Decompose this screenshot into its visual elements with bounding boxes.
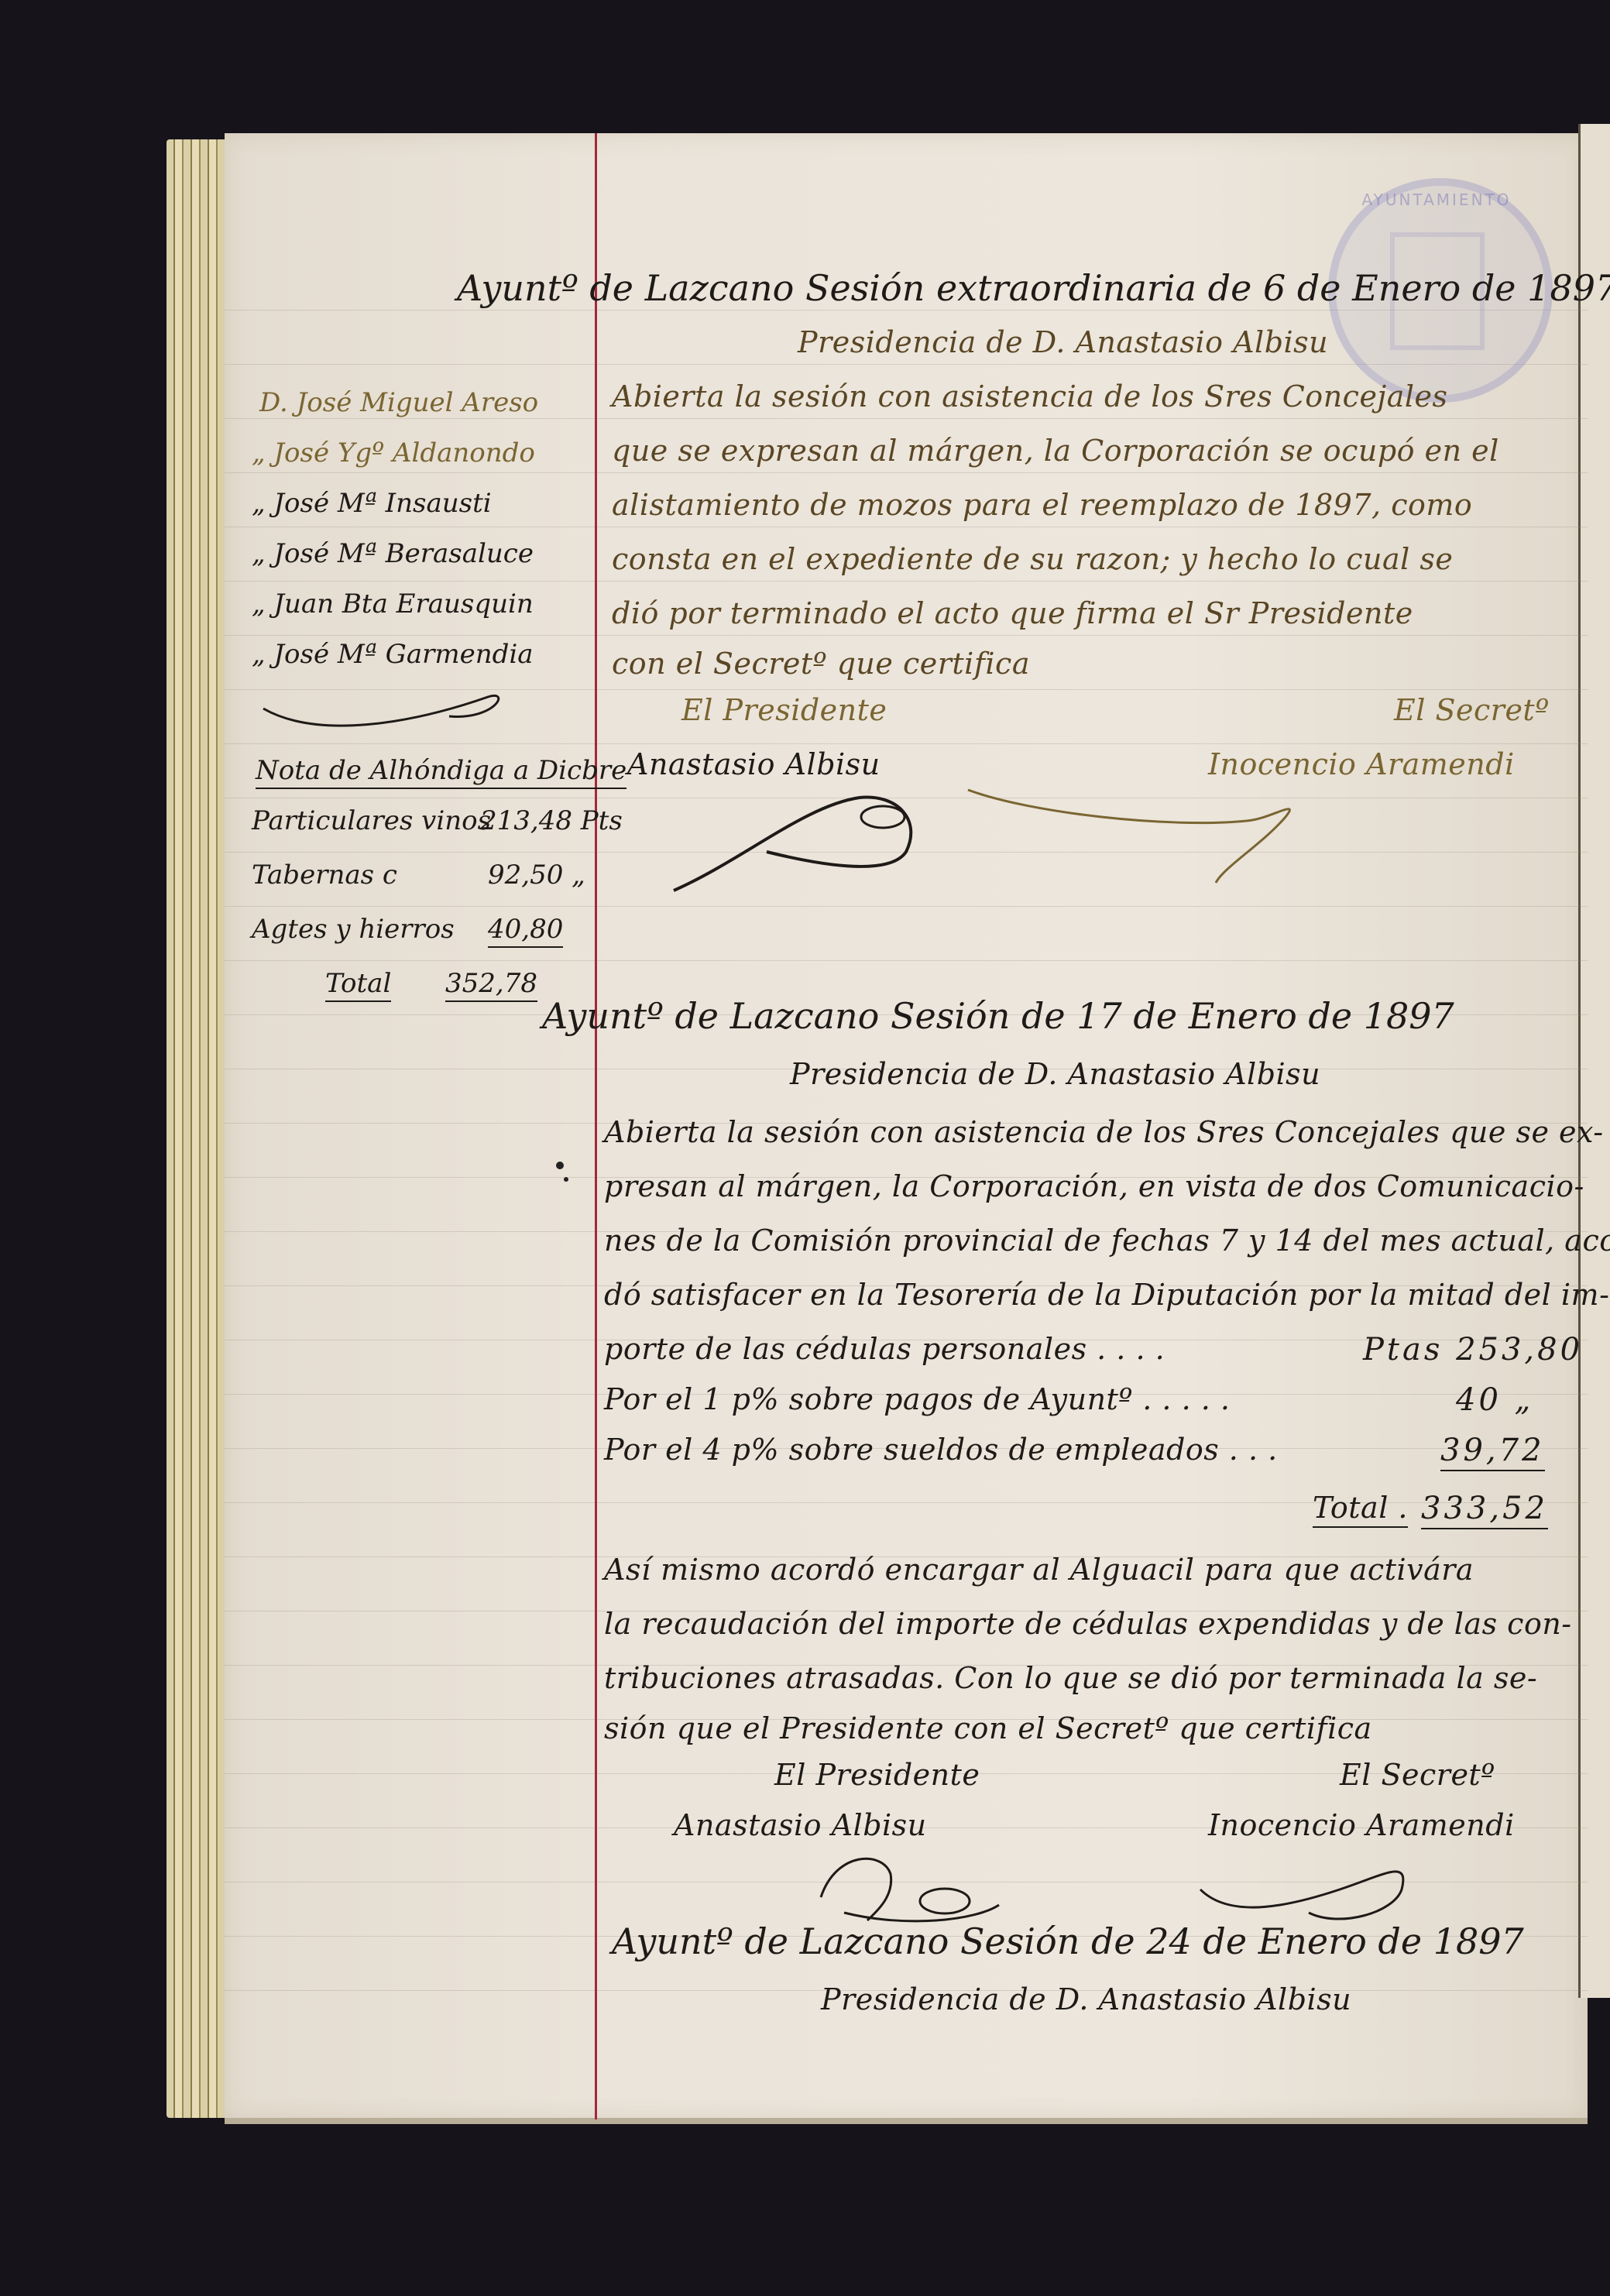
entry-3-heading: Ayuntº de Lazcano Sesión de 24 de Enero … — [612, 1920, 1524, 1962]
entry-1-president-title: El Presidente — [681, 693, 887, 727]
entry-2-after-line-4: sión que el Presidente con el Secretº qu… — [604, 1711, 1372, 1745]
entry-2-line-2: presan al márgen, la Corporación, en vis… — [604, 1169, 1584, 1203]
note-row-1-value: 213,48 Pts — [480, 805, 623, 836]
entry-1-line-5: dió por terminado el acto que firma el S… — [612, 596, 1413, 630]
red-margin-line — [595, 133, 597, 2119]
entry-2-item-3-value: 39,72 — [1440, 1433, 1545, 1471]
entry-1-signature-flourish-icon — [627, 774, 1603, 906]
note-row-3-value: 40,80 — [488, 914, 563, 948]
entry-2-president-signature: Anastasio Albisu — [674, 1808, 927, 1842]
entry-2-total-label: Total . — [1313, 1491, 1408, 1528]
entry-2-president-title: El Presidente — [774, 1758, 980, 1792]
note-row-3-label: Agtes y hierros — [252, 914, 455, 945]
entry-1-presidency: Presidencia de D. Anastasio Albisu — [798, 325, 1328, 359]
entry-2-item-1-value: Ptas 253,80 — [1363, 1332, 1583, 1368]
entry-2-item-2-value: 40 „ — [1456, 1382, 1533, 1418]
entry-2-line-3: nes de la Comisión provincial de fechas … — [604, 1224, 1610, 1258]
entry-1-line-6: con el Secretº que certifica — [612, 647, 1030, 681]
entry-1-line-3: alistamiento de mozos para el reemplazo … — [612, 488, 1472, 522]
entry-1-line-2: que se expresan al márgen, la Corporació… — [612, 434, 1499, 468]
attendee-6: „ José Mª Garmendia — [252, 639, 534, 670]
ink-blot — [556, 1162, 564, 1169]
entry-2-item-3-label: Por el 4 p% sobre sueldos de empleados .… — [604, 1433, 1278, 1467]
note-row-2-label: Tabernas c — [252, 860, 397, 891]
note-total-label: Total — [325, 968, 391, 1002]
entry-2-secretary-title: El Secretº — [1340, 1758, 1495, 1792]
note-title: Nota de Alhóndiga a Dicbre — [256, 755, 626, 789]
entry-3-presidency: Presidencia de D. Anastasio Albisu — [821, 1982, 1351, 2016]
note-total-value: 352,78 — [445, 968, 537, 1002]
adjacent-page-edge — [1578, 124, 1610, 1998]
entry-2-line-1: Abierta la sesión con asistencia de los … — [604, 1115, 1604, 1149]
entry-2-line-4: dó satisfacer en la Tesorería de la Dipu… — [604, 1278, 1609, 1312]
note-row-2-value: 92,50 „ — [488, 860, 585, 891]
attendee-5: „ Juan Bta Erausquin — [252, 589, 534, 619]
entry-2-heading: Ayuntº de Lazcano Sesión de 17 de Enero … — [542, 995, 1454, 1037]
entry-2-item-1-label: porte de las cédulas personales . . . . — [604, 1332, 1165, 1366]
entry-1-line-1: Abierta la sesión con asistencia de los … — [612, 379, 1448, 414]
entry-1-heading: Ayuntº de Lazcano Sesión extraordinaria … — [457, 267, 1610, 309]
entry-2-after-line-2: la recaudación del importe de cédulas ex… — [604, 1607, 1572, 1641]
ink-blot — [564, 1177, 568, 1182]
page-bottom-edge — [225, 2118, 1588, 2124]
entry-2-total-value: 333,52 — [1421, 1491, 1548, 1529]
attendee-4: „ José Mª Berasaluce — [252, 538, 534, 569]
attendee-2: „ José Ygº Aldanondo — [252, 438, 535, 468]
entry-1-secretary-title: El Secretº — [1394, 693, 1550, 727]
entry-2-after-line-3: tribuciones atrasadas. Con lo que se dió… — [604, 1661, 1537, 1695]
entry-1-line-4: consta en el expediente de su razon; y h… — [612, 542, 1453, 576]
note-row-1-label: Particulares vinos — [252, 805, 491, 836]
attendee-3: „ José Mª Insausti — [252, 488, 492, 519]
entry-2-after-line-1: Así mismo acordó encargar al Alguacil pa… — [604, 1553, 1474, 1587]
entry-2-item-2-label: Por el 1 p% sobre pagos de Ayuntº . . . … — [604, 1382, 1230, 1416]
attendee-1: D. José Miguel Areso — [259, 387, 538, 418]
entry-2-secretary-signature: Inocencio Aramendi — [1208, 1808, 1515, 1842]
attendees-flourish-icon — [256, 693, 511, 740]
entry-2-presidency: Presidencia de D. Anastasio Albisu — [790, 1057, 1320, 1091]
